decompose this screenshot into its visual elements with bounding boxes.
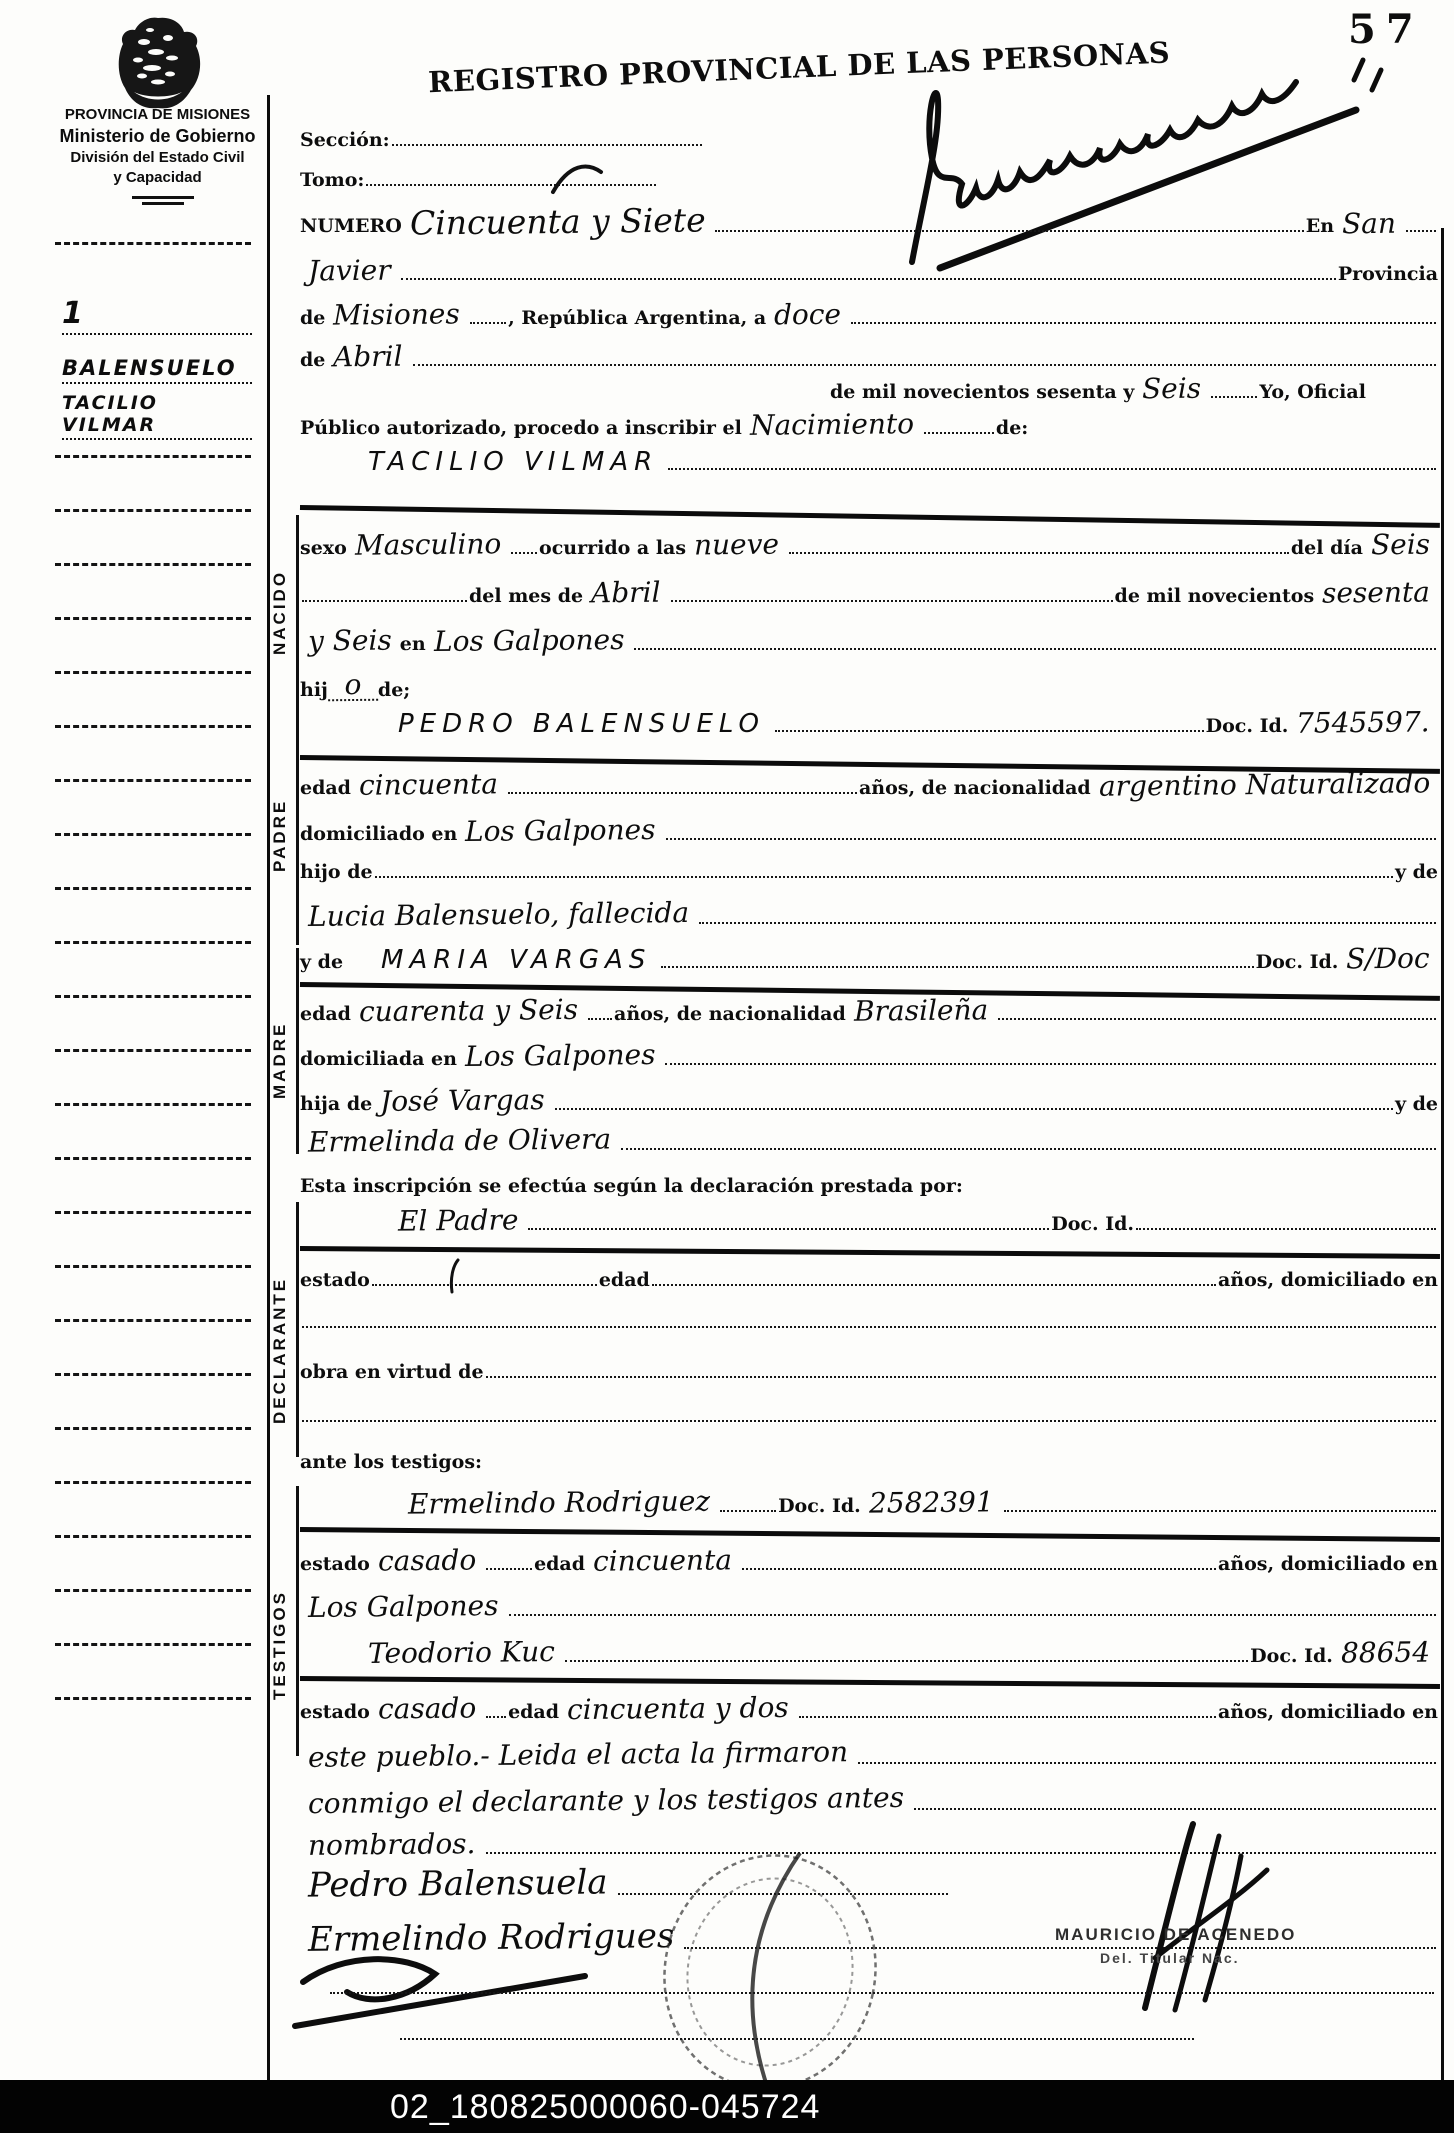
testigo1-estado-leader — [486, 1566, 532, 1570]
scanned-birth-certificate: 57 REGISTRO PROVINCIAL DE LAS PERSONAS P… — [0, 0, 1454, 2133]
madre-anios-nac-label: años, de nacionalidad — [614, 1004, 846, 1025]
section-bracket-madre — [296, 948, 299, 1154]
seccion-label: Sección: — [300, 130, 390, 151]
margin-line — [55, 779, 251, 782]
declarante-value: El Padre — [390, 1207, 527, 1235]
padre-doc-value: 7545597. — [1288, 709, 1438, 737]
margin-line — [55, 671, 251, 674]
provincia-leader — [470, 320, 506, 324]
padre-leader — [775, 728, 1204, 732]
declarante-edad-blank — [652, 1282, 1216, 1286]
mes-nac-value: Abril — [583, 580, 669, 607]
padre-hijo-de-label: hijo de — [300, 862, 373, 883]
mil-novecientos-label: de mil novecientos sesenta y — [830, 382, 1134, 403]
section-label-testigos: TESTIGOS — [266, 1530, 294, 1760]
hora-leader — [789, 550, 1289, 554]
madre-doc-value: S/Doc — [1338, 945, 1438, 973]
madre-edad-value: cuarenta y Seis — [351, 997, 586, 1026]
numero-label: NUMERO — [300, 216, 402, 237]
lugar-nac-value: Los Galpones — [426, 627, 633, 656]
del-mes-label: del mes de — [469, 586, 583, 607]
padre-dom-label: domiciliado en — [300, 824, 457, 845]
coat-of-arms — [112, 16, 204, 110]
padre-dom-leader — [666, 836, 1436, 840]
madre-dom-label: domiciliada en — [300, 1049, 457, 1070]
abuela-paterna-value: Lucia Balensuelo, fallecida — [300, 900, 697, 931]
cierre3-leader — [486, 1850, 1437, 1854]
testigo2-estado-label: estado — [300, 1702, 370, 1723]
publico-label: Público autorizado, procedo a inscribir … — [300, 418, 742, 439]
margin-line — [55, 833, 251, 836]
margin-surname: BALENSUELO — [62, 356, 252, 384]
row-lugar2: Javier Provincia — [300, 258, 1438, 285]
abuela-paterna-leader — [699, 920, 1436, 924]
declarante-estado-label: estado — [300, 1270, 370, 1291]
margin-line — [55, 1157, 251, 1160]
padre-y-de-label: y de — [1395, 862, 1438, 883]
en-label: En — [1306, 216, 1334, 237]
testigo2-anios-dom-label: años, domiciliado en — [1218, 1702, 1438, 1723]
footer-bar: 02_180825000060-045724 — [0, 2080, 1454, 2133]
official-signature-flourish — [1115, 1808, 1285, 2020]
footer-code: 02_180825000060-045724 — [390, 2088, 820, 2127]
padre-anios-nac-label: años, de nacionalidad — [859, 778, 1091, 799]
de-mil-nov-label: de mil novecientos — [1115, 586, 1315, 607]
testigo2-estado-leader — [486, 1714, 506, 1718]
testigo1-dom-value: Los Galpones — [300, 1593, 507, 1622]
margin-line — [55, 725, 251, 728]
section-bracket-padre — [296, 703, 299, 945]
lugar-nac-leader — [634, 646, 1436, 650]
row-madre-edad: edad cuarenta y Seis años, de nacionalid… — [300, 998, 1438, 1025]
margin-line — [55, 1211, 251, 1214]
margin-line — [55, 1535, 251, 1538]
row-testigo2-estado: estado casado edad cincuenta y dos años,… — [300, 1696, 1438, 1723]
row-declarante-blank1 — [300, 1324, 1438, 1333]
declarante-doc-label: Doc. Id. — [1051, 1214, 1134, 1235]
testigo1-estado-label: estado — [300, 1554, 370, 1575]
seccion-blank — [392, 142, 702, 146]
margin-line — [55, 1265, 251, 1268]
madre-y-de-label: y de — [300, 952, 343, 973]
padre-dom-value: Los Galpones — [457, 817, 664, 846]
inscripto-name: TACILIO VILMAR — [360, 450, 666, 475]
emblem-province: PROVINCIA DE MISIONES — [50, 106, 265, 123]
declarante-blank-line-2 — [302, 1418, 1436, 1422]
sexo-value: Masculino — [347, 531, 510, 559]
row-mes-nac: del mes de Abril de mil novecientos sese… — [300, 580, 1438, 607]
abuelo-materno-value: José Vargas — [372, 1087, 553, 1115]
rule-under-declarante — [300, 1246, 1440, 1259]
de-semi-label: de; — [378, 680, 410, 701]
emblem-rule-2 — [142, 202, 184, 205]
row-testigo2: Teodorio Kuc Doc. Id. 88654 — [300, 1640, 1438, 1667]
testigo2-edad-leader — [799, 1714, 1216, 1718]
declarante-leader — [528, 1226, 1049, 1230]
rule-under-testigo2 — [300, 1676, 1440, 1689]
padre-doc-label: Doc. Id. — [1206, 716, 1289, 737]
ocurrido-label: ocurrido a las — [539, 538, 686, 559]
madre-dom-value: Los Galpones — [457, 1042, 664, 1071]
rule-under-inscripto — [300, 505, 1440, 528]
cierre2-text: conmigo el declarante y los testigos ant… — [300, 1785, 912, 1818]
margin-line — [55, 887, 251, 890]
testigo1-nombre: Ermelindo Rodriguez — [400, 1488, 718, 1518]
tomo-label: Tomo: — [300, 170, 364, 191]
padre-edad-value: cincuenta — [351, 771, 506, 799]
margin-line — [55, 1589, 251, 1592]
margin-line — [55, 995, 251, 998]
testigo2-doc-label: Doc. Id. — [1250, 1646, 1333, 1667]
cierre3-text: nombrados. — [300, 1831, 484, 1860]
section-bracket-testigos — [296, 1486, 299, 1756]
declarante-edad-label: edad — [599, 1270, 650, 1291]
cierre1-leader — [858, 1760, 1436, 1764]
republica-label: , República Argentina, a — [508, 308, 766, 329]
row-ante: ante los testigos: — [300, 1452, 1438, 1473]
de-label-1: de — [300, 308, 325, 329]
lugar2-value: Javier — [300, 257, 399, 285]
abuela-materna-value: Ermelinda de Olivera — [300, 1126, 619, 1156]
section-bracket-declarante — [296, 1202, 299, 1457]
section-label-madre: MADRE — [266, 965, 294, 1155]
row-testigo1: Ermelindo Rodriguez Doc. Id. 2582391 — [300, 1490, 1438, 1517]
hij-label: hij — [300, 680, 328, 701]
madre-edad-label: edad — [300, 1004, 351, 1025]
row-provincia: de Misiones , República Argentina, a doc… — [300, 302, 1438, 329]
row-acto: Público autorizado, procedo a inscribir … — [300, 412, 1438, 439]
ante-label: ante los testigos: — [300, 1452, 482, 1473]
padre-nacionalidad-value: argentino Naturalizado — [1091, 770, 1439, 800]
declarante-doc-blank — [1136, 1226, 1436, 1230]
official-title-stamp: Del. Titular Nac. — [1100, 1950, 1240, 1966]
testigo1-dom-leader — [509, 1612, 1437, 1616]
official-name-stamp: MAURICIO DE ACENEDO — [1055, 1925, 1296, 1945]
emblem-capacity: y Capacidad — [50, 169, 265, 186]
mes-nac-lead-in — [302, 598, 467, 602]
testigo1-edad-value: cincuenta — [585, 1547, 740, 1575]
testigo1-doc-value: 2582391 — [861, 1489, 1002, 1517]
margin-line — [55, 941, 251, 944]
anio-nac2-value: y Seis — [300, 627, 400, 655]
margin-line — [55, 563, 251, 566]
margin-line — [55, 242, 251, 245]
lugar1-value: San — [1334, 210, 1404, 237]
provincia-value: Misiones — [325, 301, 468, 329]
declarante-anios-dom-label: años, domiciliado en — [1218, 1270, 1438, 1291]
row-padre-dom: domiciliado en Los Galpones — [300, 818, 1438, 845]
margin-line — [55, 509, 251, 512]
testigo2-edad-value: cincuenta y dos — [559, 1695, 797, 1724]
tomo-pen-mark — [545, 158, 609, 200]
margin-given-names: TACILIO VILMAR — [62, 392, 252, 440]
testigo1-doc-label: Doc. Id. — [778, 1496, 861, 1517]
testigo2-estado-value: casado — [370, 1695, 484, 1723]
acto-leader — [924, 430, 994, 434]
row-seccion: Sección: — [300, 130, 1438, 151]
provincia-label: Provincia — [1338, 264, 1438, 285]
row-cierre1: este pueblo.- Leida el acta la firmaron — [300, 1742, 1438, 1769]
abuela-materna-leader — [621, 1146, 1436, 1150]
row-padre-edad: edad cincuenta años, de nacionalidad arg… — [300, 772, 1438, 799]
row-testigo1-dom: Los Galpones — [300, 1594, 1438, 1621]
testigo1-edad-leader — [742, 1566, 1216, 1570]
row-abuela-materna: Ermelinda de Olivera — [300, 1128, 1438, 1155]
margin-line — [55, 1049, 251, 1052]
testigo2-nombre: Teodorio Kuc — [360, 1639, 563, 1668]
testigo1-anios-dom-label: años, domiciliado en — [1218, 1554, 1438, 1575]
round-stamp — [650, 1845, 890, 2100]
row-declarante-blank2 — [300, 1418, 1438, 1427]
yo-oficial-label: Yo, Oficial — [1259, 382, 1366, 403]
margin-line — [55, 617, 251, 620]
sexo-leader — [511, 550, 537, 554]
rule-under-testigo1 — [300, 1527, 1440, 1542]
section-label-padre: PADRE — [266, 730, 294, 940]
emblem-division: División del Estado Civil — [50, 149, 265, 166]
cierre1-text: este pueblo.- Leida el acta la firmaron — [300, 1739, 856, 1771]
padre-nombre: PEDRO BALENSUELO — [390, 712, 773, 737]
testigo2-leader — [565, 1658, 1248, 1662]
row-mes-acta: de Abril — [300, 344, 1438, 371]
obra-blank — [486, 1374, 1436, 1378]
margin-line — [55, 1427, 251, 1430]
acto-value: Nacimiento — [742, 411, 922, 439]
madre-edad-leader — [588, 1016, 612, 1020]
de-colon-label: de: — [996, 418, 1028, 439]
margin-line — [55, 455, 251, 458]
bottom-dotted-line-1 — [330, 1992, 1434, 1994]
row-padre-hijo-de: hijo de y de — [300, 862, 1438, 883]
anio-nac1-value: sesenta — [1314, 579, 1438, 607]
row-lugar-nac: y Seis en Los Galpones — [300, 628, 1438, 655]
anio-acta-value: Seis — [1134, 376, 1209, 403]
mes-nac-leader — [671, 598, 1113, 602]
obra-label: obra en virtud de — [300, 1362, 484, 1383]
margin-line — [55, 1697, 251, 1700]
inscripcion-label: Esta inscripción se efectúa según la dec… — [300, 1176, 963, 1197]
row-anio-acta: de mil novecientos sesenta y Seis Yo, Of… — [300, 376, 1438, 403]
row-sexo: sexo Masculino ocurrido a las nueve del … — [300, 532, 1438, 559]
margin-line — [55, 1319, 251, 1322]
row-inscripcion: Esta inscripción se efectúa según la dec… — [300, 1176, 1438, 1197]
en-min-label: en — [400, 634, 426, 655]
declarante-blank-line-1 — [302, 1324, 1436, 1328]
padre-edad-label: edad — [300, 778, 351, 799]
margin-line — [55, 1643, 251, 1646]
dia-acta-value: doce — [766, 302, 849, 329]
section-bracket-nacido — [296, 515, 299, 703]
section-label-declarante: DECLARANTE — [266, 1235, 294, 1465]
dia-nac-value: Seis — [1363, 532, 1438, 559]
row-hijo-de: hij o de; — [300, 672, 1438, 701]
inscripto-leader — [668, 466, 1436, 470]
row-padre-nombre: PEDRO BALENSUELO Doc. Id. 7545597. — [300, 710, 1438, 737]
dia-acta-leader — [851, 320, 1436, 324]
padre-edad-leader — [508, 790, 857, 794]
margin-line — [55, 1481, 251, 1484]
row-tomo: Tomo: — [300, 170, 1438, 191]
row-madre-nombre: y de MARIA VARGAS Doc. Id. S/Doc — [300, 946, 1438, 973]
corner-signature — [878, 48, 1440, 280]
testigo1-tail — [1004, 1508, 1436, 1512]
right-edge-line — [1441, 228, 1444, 2080]
anio-acta-leader — [1211, 394, 1257, 398]
row-obra: obra en virtud de — [300, 1362, 1438, 1383]
testigo1-estado-value: casado — [370, 1547, 484, 1575]
de-label-2: de — [300, 350, 325, 371]
tomo-blank — [366, 182, 656, 186]
emblem-ministry: Ministerio de Gobierno — [45, 126, 270, 147]
madre-dom-leader — [665, 1061, 1436, 1065]
madre-doc-label: Doc. Id. — [1256, 952, 1339, 973]
madre-leader — [661, 964, 1253, 968]
witness-signature-flourish — [285, 1948, 625, 2032]
section-label-nacido: NACIDO — [266, 520, 294, 705]
emblem-rule-1 — [132, 196, 194, 199]
declarante-estado-blank — [372, 1282, 597, 1286]
mes-acta-value: Abril — [325, 344, 411, 371]
numero-leader — [715, 228, 1303, 232]
row-testigo1-estado: estado casado edad cincuenta años, domic… — [300, 1548, 1438, 1575]
madre-y-de-2-label: y de — [1395, 1094, 1438, 1115]
abuelo-materno-leader — [555, 1106, 1393, 1110]
row-declarante: El Padre Doc. Id. — [300, 1208, 1438, 1235]
padre-hijo-de-leader — [375, 874, 1393, 878]
madre-nombre: MARIA VARGAS — [373, 948, 659, 973]
row-declarante-estado: estado edad años, domiciliado en — [300, 1270, 1438, 1291]
margin-line — [55, 1373, 251, 1376]
acto-tail — [1030, 432, 1436, 434]
testigo2-doc-value: 88654 — [1333, 1639, 1438, 1667]
row-numero: NUMERO Cincuenta y Siete En San — [300, 206, 1438, 237]
hijo-o-value: o — [328, 672, 378, 701]
hora-value: nueve — [686, 531, 787, 559]
sexo-label: sexo — [300, 538, 347, 559]
testigo1-leader — [720, 1508, 776, 1512]
testigo2-edad-label: edad — [508, 1702, 559, 1723]
margin-entry-number: 1 — [62, 296, 252, 335]
numero-value: Cincuenta y Siete — [402, 204, 714, 239]
row-madre-hija-de: hija de José Vargas y de — [300, 1088, 1438, 1115]
row-inscripto: TACILIO VILMAR — [300, 450, 1438, 475]
testigo1-edad-label: edad — [534, 1554, 585, 1575]
row-abuela-paterna: Lucia Balensuelo, fallecida — [300, 902, 1438, 929]
madre-nacionalidad-value: Brasileña — [846, 997, 997, 1025]
madre-hija-de-label: hija de — [300, 1094, 372, 1115]
declarante-pen-mark — [438, 1258, 464, 1294]
del-dia-label: del día — [1291, 538, 1363, 559]
mes-acta-leader — [413, 362, 1436, 366]
page-number: 57 — [1348, 6, 1424, 53]
margin-line — [55, 1103, 251, 1106]
firma-padre: Pedro Balensuela — [300, 1866, 616, 1902]
lugar1-leader — [1406, 228, 1436, 232]
bottom-dotted-line-2 — [400, 2038, 1194, 2040]
madre-nac-leader — [998, 1016, 1436, 1020]
row-madre-dom: domiciliada en Los Galpones — [300, 1043, 1438, 1070]
lugar2-leader — [401, 276, 1336, 280]
